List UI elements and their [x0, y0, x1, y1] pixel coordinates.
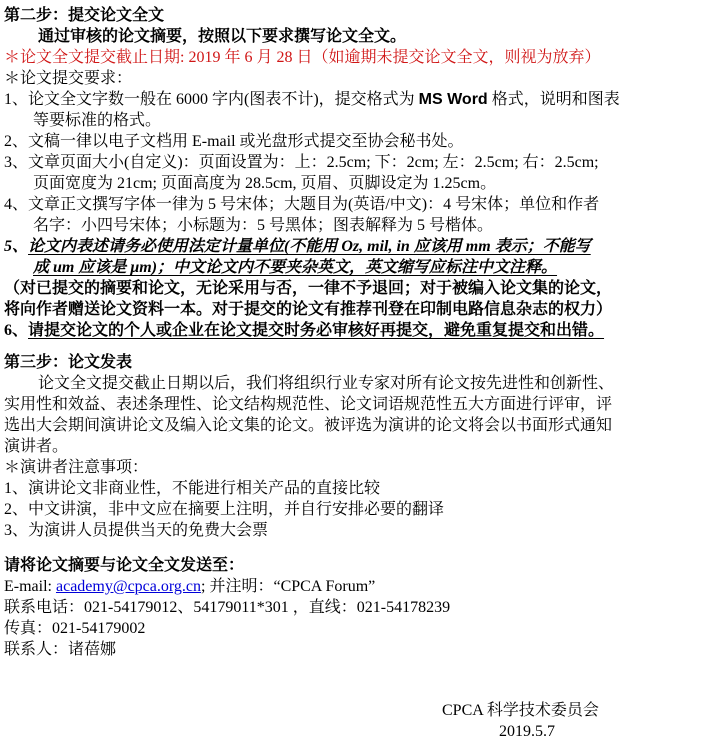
doc-line: 2、中文讲演，非中文应在摘要上注明，并自行安排必要的翻译 [4, 499, 720, 520]
text-run: 演讲者。 [4, 438, 68, 455]
doc-line: 1、演讲论文非商业性，不能进行相关产品的直接比较 [4, 478, 720, 499]
text-run: 5、 [4, 238, 28, 255]
doc-line: ＊论文全文提交截止日期: 2019 年 6 月 28 日（如逾期未提交论文全文，… [4, 47, 720, 68]
doc-line: 第二步：提交论文全文 [4, 5, 720, 26]
text-run: 2、中文讲演，非中文应在摘要上注明，并自行安排必要的翻译 [4, 501, 444, 518]
text-run: MS Word [419, 91, 488, 108]
doc-line: 实用性和效益、表述条理性、论文结构规范性、论文词语规范性五大方面进行评审，评 [4, 394, 720, 415]
text-run: 论文全文提交截止日期以后，我们将组织行业专家对所有论文按先进性和创新性、 [38, 375, 614, 392]
doc-line: 联系电话：021-54179012、54179011*301 ，直线：021-5… [4, 597, 720, 618]
doc-line: 5、论文内表述请务必使用法定计量单位(不能用 Oz, mil, in 应该用 m… [4, 236, 720, 257]
text-run: 联系电话：021-54179012、54179011*301 ，直线：021-5… [4, 599, 450, 616]
text-run: 论文内表述请务必使用法定计量单位(不能用 Oz, mil, in 应该用 mm … [28, 238, 591, 255]
doc-line: 成 um 应该是 μm)；中文论文内不要夹杂英文，英文缩写应标注中文注释。 [4, 257, 720, 278]
text-run: 1、论文全文字数一般在 6000 字内(图表不计)，提交格式为 [4, 91, 419, 108]
text-run: 传真：021-54179002 [4, 620, 145, 637]
doc-line: 1、论文全文字数一般在 6000 字内(图表不计)，提交格式为 MS Word … [4, 89, 720, 110]
text-run: 等要标准的格式。 [33, 112, 161, 129]
text-run: 请提交论文的个人或企业在论文提交时务必审核好再提交，避免重复提交和出错。 [28, 322, 604, 339]
signature-organization: CPCA 科学技术委员会 [442, 700, 720, 721]
text-run: ＊论文提交要求： [4, 70, 132, 87]
doc-line: 6、请提交论文的个人或企业在论文提交时务必审核好再提交，避免重复提交和出错。 [4, 320, 720, 341]
doc-line: 将向作者赠送论文资料一本。对于提交的论文有推荐刊登在印制电路信息杂志的权力） [4, 299, 720, 320]
doc-line: 请将论文摘要与论文全文发送至： [4, 555, 720, 576]
text-run: 第二步：提交论文全文 [4, 7, 164, 24]
text-run: E-mail: [4, 578, 56, 595]
doc-line: （对已提交的摘要和论文，无论采用与否，一律不予退回；对于被编入论文集的论文， [4, 278, 720, 299]
doc-line: 论文全文提交截止日期以后，我们将组织行业专家对所有论文按先进性和创新性、 [4, 373, 720, 394]
doc-line: 通过审核的论文摘要，按照以下要求撰写论文全文。 [4, 26, 720, 47]
doc-line: 传真：021-54179002 [4, 618, 720, 639]
doc-line: 第三步：论文发表 [4, 352, 720, 373]
text-run: 1、演讲论文非商业性，不能进行相关产品的直接比较 [4, 480, 380, 497]
doc-line: ＊演讲者注意事项： [4, 457, 720, 478]
doc-line: 页面宽度为 21cm; 页面高度为 28.5cm, 页眉、页脚设定为 1.25c… [4, 173, 720, 194]
doc-line: ＊论文提交要求： [4, 68, 720, 89]
text-run: ＊论文全文提交截止日期: 2019 年 6 月 28 日（如逾期未提交论文全文，… [4, 49, 600, 66]
doc-line: 演讲者。 [4, 436, 720, 457]
doc-line: 联系人：诸蓓娜 [4, 639, 720, 660]
text-run: 3、文章页面大小(自定义)：页面设置为：上：2.5cm; 下：2cm; 左：2.… [4, 154, 599, 171]
text-run: ＊演讲者注意事项： [4, 459, 148, 476]
text-run: 名字：小四号宋体；小标题为：5 号黑体；图表解释为 5 号楷体。 [33, 217, 493, 234]
doc-line: 等要标准的格式。 [4, 110, 720, 131]
email-link[interactable]: academy@cpca.org.cn [56, 578, 201, 595]
doc-line: 4、文章正文撰写字体一律为 5 号宋体；大题目为(英语/中文)：4 号宋体；单位… [4, 194, 720, 215]
section-step2-submit-full-paper: 第二步：提交论文全文通过审核的论文摘要，按照以下要求撰写论文全文。＊论文全文提交… [4, 5, 720, 341]
text-run: 通过审核的论文摘要，按照以下要求撰写论文全文。 [38, 28, 406, 45]
text-run: 3、为演讲人员提供当天的免费大会票 [4, 522, 268, 539]
text-run: （对已提交的摘要和论文，无论采用与否，一律不予退回；对于被编入论文集的论文， [4, 280, 612, 297]
section-contact-info: 请将论文摘要与论文全文发送至：E-mail: academy@cpca.org.… [4, 555, 720, 660]
text-run: 格式，说明和图表 [488, 91, 620, 108]
doc-line: 名字：小四号宋体；小标题为：5 号黑体；图表解释为 5 号楷体。 [4, 215, 720, 236]
text-run: 页面宽度为 21cm; 页面高度为 28.5cm, 页眉、页脚设定为 1.25c… [33, 175, 496, 192]
signature-date: 2019.5.7 [499, 721, 720, 742]
text-run: 联系人：诸蓓娜 [4, 641, 116, 658]
text-run: 第三步：论文发表 [4, 354, 132, 371]
text-run: 6、 [4, 322, 28, 339]
doc-line: 选出大会期间演讲论文及编入论文集的论文。被评选为演讲的论文将会以书面形式通知 [4, 415, 720, 436]
text-run: 选出大会期间演讲论文及编入论文集的论文。被评选为演讲的论文将会以书面形式通知 [4, 417, 612, 434]
signature-block: CPCA 科学技术委员会 2019.5.7 [4, 700, 720, 742]
document-page: 第二步：提交论文全文通过审核的论文摘要，按照以下要求撰写论文全文。＊论文全文提交… [0, 0, 720, 742]
text-run: ; 并注明：“CPCA Forum” [201, 578, 375, 595]
text-run: 2、文稿一律以电子文档用 E-mail 或光盘形式提交至协会秘书处。 [4, 133, 464, 150]
doc-line: 2、文稿一律以电子文档用 E-mail 或光盘形式提交至协会秘书处。 [4, 131, 720, 152]
text-run: 将向作者赠送论文资料一本。对于提交的论文有推荐刊登在印制电路信息杂志的权力） [4, 301, 612, 318]
text-run: 4、文章正文撰写字体一律为 5 号宋体；大题目为(英语/中文)：4 号宋体；单位… [4, 196, 599, 213]
doc-line: 3、为演讲人员提供当天的免费大会票 [4, 520, 720, 541]
section-step3-paper-presentation: 第三步：论文发表论文全文提交截止日期以后，我们将组织行业专家对所有论文按先进性和… [4, 352, 720, 541]
text-run: 请将论文摘要与论文全文发送至： [4, 557, 244, 574]
doc-line: 3、文章页面大小(自定义)：页面设置为：上：2.5cm; 下：2cm; 左：2.… [4, 152, 720, 173]
text-run: 成 um 应该是 μm)；中文论文内不要夹杂英文，英文缩写应标注中文注释。 [33, 259, 557, 276]
text-run: 实用性和效益、表述条理性、论文结构规范性、论文词语规范性五大方面进行评审，评 [4, 396, 612, 413]
doc-line: E-mail: academy@cpca.org.cn; 并注明：“CPCA F… [4, 576, 720, 597]
